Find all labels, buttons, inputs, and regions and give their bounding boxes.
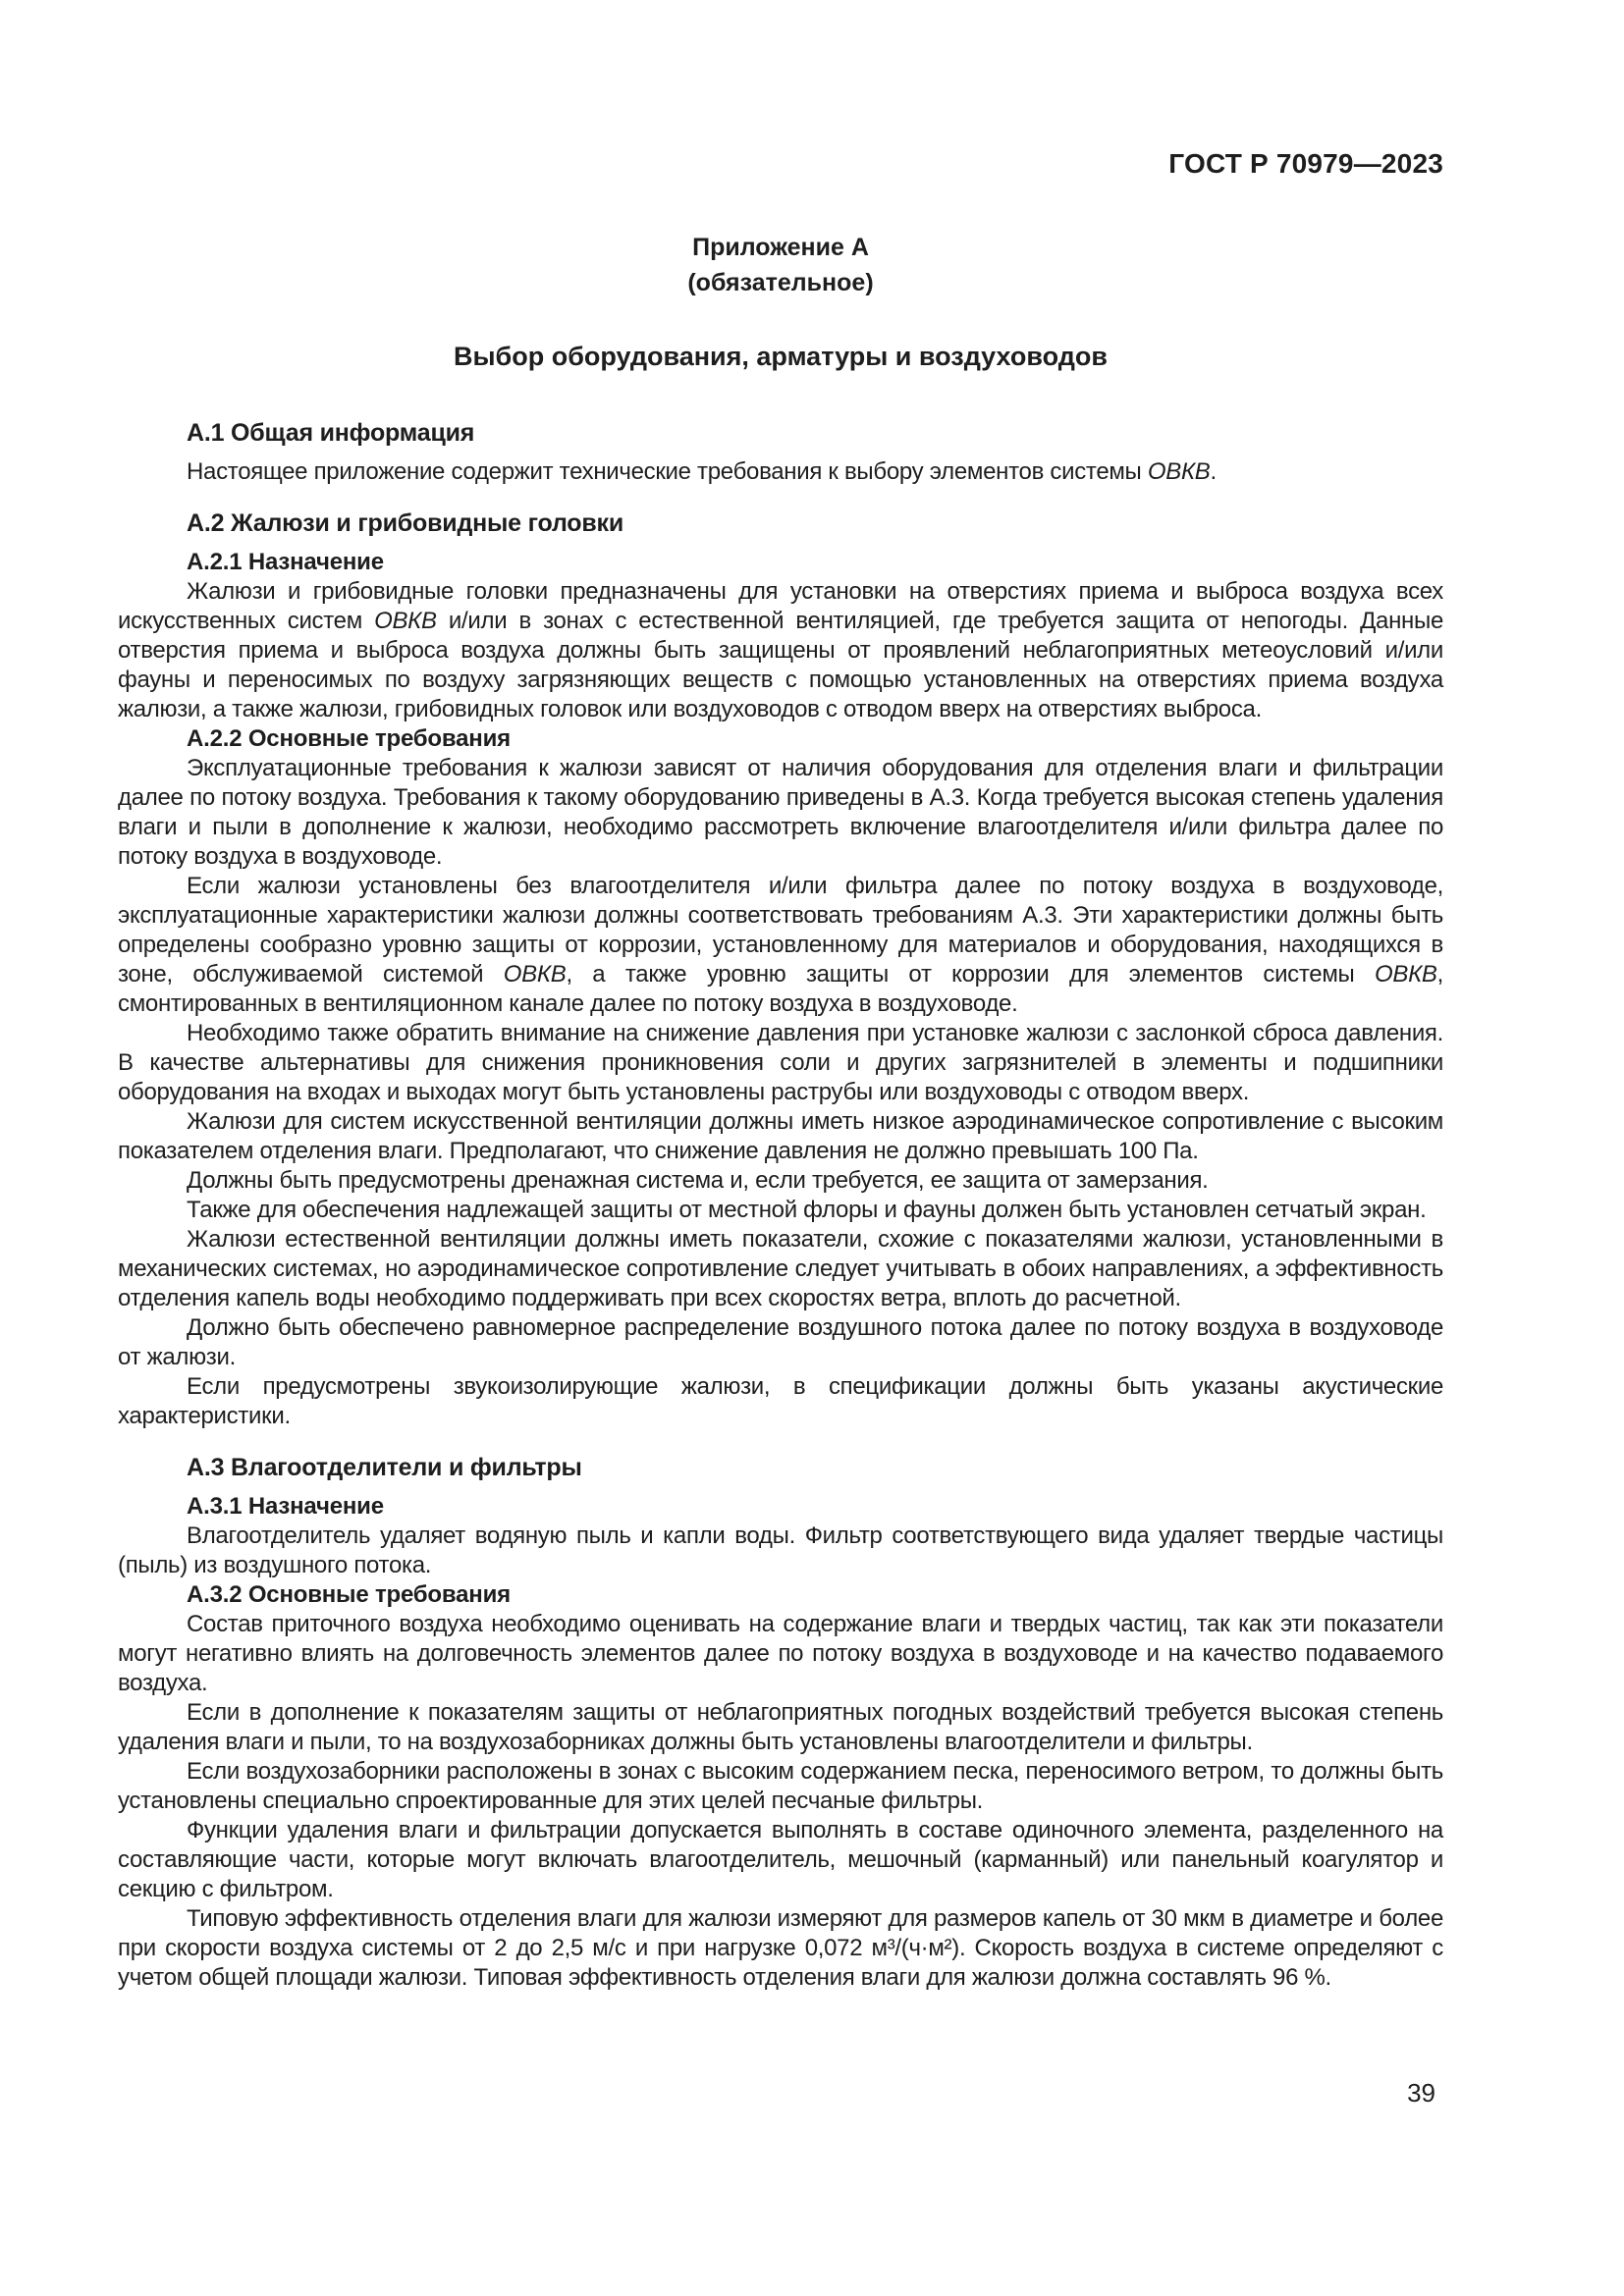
section-heading-a2: А.2 Жалюзи и грибовидные головки (118, 508, 1443, 538)
paragraph-a1-1: Настоящее приложение содержит технически… (118, 457, 1443, 487)
document-page: ГОСТ Р 70979—2023 Приложение А (обязател… (0, 0, 1624, 2296)
paragraph-a22-2: Если жалюзи установлены без влагоотделит… (118, 872, 1443, 1019)
paragraph-a32-5: Типовую эффективность отделения влаги дл… (118, 1904, 1443, 1993)
paragraph-a22-3: Необходимо также обратить внимание на сн… (118, 1019, 1443, 1107)
paragraph-a32-2: Если в дополнение к показателям защиты о… (118, 1698, 1443, 1757)
subsection-heading-a22: А.2.2 Основные требования (118, 724, 1443, 754)
section-heading-a1: А.1 Общая информация (118, 418, 1443, 448)
appendix-title: Выбор оборудования, арматуры и воздухово… (118, 340, 1443, 373)
paragraph-a22-1: Эксплуатационные требования к жалюзи зав… (118, 754, 1443, 872)
paragraph-a21-1: Жалюзи и грибовидные головки предназначе… (118, 577, 1443, 724)
subsection-heading-a32: А.3.2 Основные требования (118, 1580, 1443, 1610)
page-number: 39 (1407, 2078, 1435, 2108)
subsection-heading-a21: А.2.1 Назначение (118, 548, 1443, 577)
appendix-heading: Приложение А (обязательное) (118, 230, 1443, 300)
subsection-heading-a31: А.3.1 Назначение (118, 1492, 1443, 1522)
appendix-label: Приложение А (118, 230, 1443, 265)
paragraph-a22-9: Если предусмотрены звукоизолирующие жалю… (118, 1372, 1443, 1431)
paragraph-a22-5: Должны быть предусмотрены дренажная сист… (118, 1166, 1443, 1196)
appendix-mandatory-note: (обязательное) (118, 265, 1443, 300)
paragraph-a22-8: Должно быть обеспечено равномерное распр… (118, 1313, 1443, 1372)
paragraph-a22-7: Жалюзи естественной вентиляции должны им… (118, 1225, 1443, 1313)
doc-reference: ГОСТ Р 70979—2023 (118, 147, 1443, 181)
paragraph-a32-1: Состав приточного воздуха необходимо оце… (118, 1610, 1443, 1698)
paragraph-a22-4: Жалюзи для систем искусственной вентиляц… (118, 1107, 1443, 1166)
paragraph-a31-1: Влагоотделитель удаляет водяную пыль и к… (118, 1522, 1443, 1580)
paragraph-a32-3: Если воздухозаборники расположены в зона… (118, 1757, 1443, 1816)
page-content: ГОСТ Р 70979—2023 Приложение А (обязател… (118, 0, 1443, 1993)
paragraph-a32-4: Функции удаления влаги и фильтрации допу… (118, 1816, 1443, 1904)
paragraph-a22-6: Также для обеспечения надлежащей защиты … (118, 1196, 1443, 1225)
section-heading-a3: А.3 Влагоотделители и фильтры (118, 1453, 1443, 1482)
